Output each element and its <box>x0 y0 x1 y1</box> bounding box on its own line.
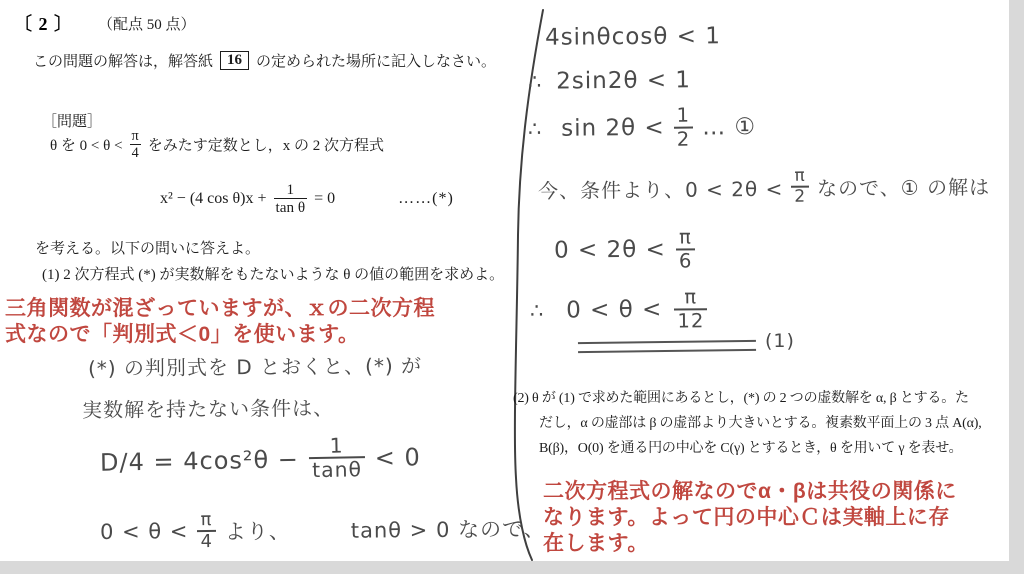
fraction-numerator: π <box>198 511 216 530</box>
fraction-numerator: π <box>681 287 700 308</box>
therefore-symbol: ∴ <box>530 299 544 323</box>
red-annotation-line: 式なので「判別式＜0」を使います。 <box>5 322 435 348</box>
hw-discriminant-setup-line1: (*) の判別式を D とおくと、(*) が <box>88 350 422 382</box>
hw-discriminant-setup-line2: 実数解を持たない条件は、 <box>82 392 334 423</box>
fraction-numerator: 1 <box>326 435 346 457</box>
fraction-denominator: tanθ <box>309 457 365 482</box>
hw-line3-pre: sin 2θ < <box>561 115 665 142</box>
consider-line: を考える。以下の問いに答えよ。 <box>35 237 260 258</box>
hw-eq2-post: tanθ > 0 なので、 <box>351 513 546 545</box>
hw-line4-post: なので、① の解は <box>817 171 990 202</box>
hw-eq2-mid: より、 <box>225 516 291 547</box>
red-annotation-conjugate: 二次方程式の解なのでα・βは共役の関係に なります。よって円の中心Ｃは実軸上に存… <box>543 479 957 557</box>
red-annotation-line: 在します。 <box>543 531 957 557</box>
hw-theta-answer-line: ∴ 0 < θ < π 12 <box>530 287 708 333</box>
answer-double-underline <box>578 340 756 353</box>
hw-fraction-1-over-2: 1 2 <box>674 106 694 150</box>
equation-lhs: x² − (4 cos θ)x + <box>160 190 267 208</box>
hw-discriminant-inequality: D/4 = 4cos²θ − 1 tanθ < 0 <box>100 434 422 485</box>
worksheet: 〔 2 〕 （配点 50 点） この問題の解答は，解答紙 16 の定められた場所… <box>0 0 1009 561</box>
hw-eq2-pre: 0 < θ < <box>100 519 189 544</box>
instruction-prefix: この問題の解答は，解答紙 <box>33 50 213 71</box>
hw-line5-pre: 0 < 2θ < <box>554 237 666 264</box>
fraction-numerator: 1 <box>285 181 297 198</box>
fraction-denominator: 2 <box>791 185 809 206</box>
fraction-1-over-tan-theta: 1 tan θ <box>274 181 308 217</box>
fraction-denominator: 2 <box>674 126 694 150</box>
answer-instruction: この問題の解答は，解答紙 16 の定められた場所に記入しなさい。 <box>33 50 496 71</box>
fraction-denominator: 6 <box>676 248 696 272</box>
problem-header: 〔 2 〕 （配点 50 点） <box>14 10 196 36</box>
fraction-denominator: tan θ <box>274 198 308 216</box>
hw-eq1-post: < 0 <box>375 443 421 472</box>
red-annotation-line: 二次方程式の解なのでα・βは共役の関係に <box>543 479 957 505</box>
hw-sin2theta-half-line: ∴ sin 2θ < 1 2 … ① <box>528 105 756 151</box>
fraction-denominator: 4 <box>197 530 216 552</box>
fraction-pi-over-4: π 4 <box>130 128 141 162</box>
hw-fraction-pi-over-2: π 2 <box>791 168 809 207</box>
hw-2sin2theta-line: ∴ 2sin2θ < 1 <box>528 67 691 94</box>
red-annotation-line: なります。よって円の中心Ｃは実軸上に存 <box>543 505 957 531</box>
fraction-denominator: 12 <box>674 308 707 332</box>
hw-2theta-range-line: 0 < 2θ < π 6 <box>554 227 696 272</box>
hw-fraction-pi-over-4: π 4 <box>197 511 216 552</box>
question-2-line: (2) θ が (1) で求めた範囲にあるとし，(*) の 2 つの虚数解を α… <box>513 386 982 411</box>
answer-sheet-number-box: 16 <box>220 51 249 70</box>
instruction-suffix: の定められた場所に記入しなさい。 <box>256 50 496 71</box>
setup-text-post: をみたす定数とし，x の 2 次方程式 <box>148 134 384 155</box>
hw-eq1-pre: D/4 = 4cos²θ − <box>100 445 299 476</box>
hw-tan-positive-line: 0 < θ < π 4 より、 tanθ > 0 なので、 <box>100 508 546 552</box>
hw-fraction-pi-over-6: π 6 <box>676 227 696 271</box>
quadratic-equation: x² − (4 cos θ)x + 1 tan θ = 0 ……(*) <box>160 181 454 217</box>
points-allocation: （配点 50 点） <box>98 13 196 34</box>
question-2-line: だし，α の虚部は β の虚部より大きいとする。複素数平面上の 3 点 A(α)… <box>539 411 982 436</box>
setup-text-pre: θ を 0 < θ < <box>50 134 123 155</box>
hw-line6-pre: 0 < θ < <box>566 297 662 324</box>
therefore-symbol: ∴ <box>528 117 542 141</box>
equation-rhs: = 0 <box>314 190 335 208</box>
hw-fraction-1-over-tan-theta: 1 tanθ <box>308 435 365 482</box>
hw-circled-1-tag: … ① <box>702 114 756 140</box>
hw-line4-pre: 今、条件より、0 < 2θ < <box>538 173 784 204</box>
hw-2sin2theta-text: 2sin2θ < 1 <box>556 67 691 94</box>
equation-star-tag: ……(*) <box>398 190 454 208</box>
question-2: (2) θ が (1) で求めた範囲にあるとし，(*) の 2 つの虚数解を α… <box>513 386 982 461</box>
red-annotation-discriminant: 三角関数が混ざっていますが、ｘの二次方程 式なので「判別式＜0」を使います。 <box>5 296 435 348</box>
question-2-line: B(β)，O(0) を通る円の中心を C(γ) とするとき，θ を用いて γ を… <box>539 436 982 461</box>
answer-part-label: (1) <box>765 330 795 352</box>
problem-setup-line: θ を 0 < θ < π 4 をみたす定数とし，x の 2 次方程式 <box>50 128 384 162</box>
fraction-numerator: π <box>130 128 141 144</box>
therefore-symbol: ∴ <box>528 70 542 94</box>
question-1: (1) 2 次方程式 (*) が実数解をもたないような θ の値の範囲を求めよ。 <box>42 263 504 284</box>
red-annotation-line: 三角関数が混ざっていますが、ｘの二次方程 <box>5 296 435 322</box>
hw-4sincos-line: 4sinθcosθ < 1 <box>545 23 721 51</box>
problem-number: 〔 2 〕 <box>14 10 73 36</box>
fraction-numerator: 1 <box>674 106 694 127</box>
hw-condition-line: 今、条件より、0 < 2θ < π 2 なので、① の解は <box>538 166 990 209</box>
fraction-denominator: 4 <box>130 144 141 161</box>
fraction-numerator: π <box>676 227 695 248</box>
page-background: 〔 2 〕 （配点 50 点） この問題の解答は，解答紙 16 の定められた場所… <box>0 0 1024 574</box>
hw-fraction-pi-over-12: π 12 <box>674 287 707 331</box>
fraction-numerator: π <box>791 168 808 186</box>
